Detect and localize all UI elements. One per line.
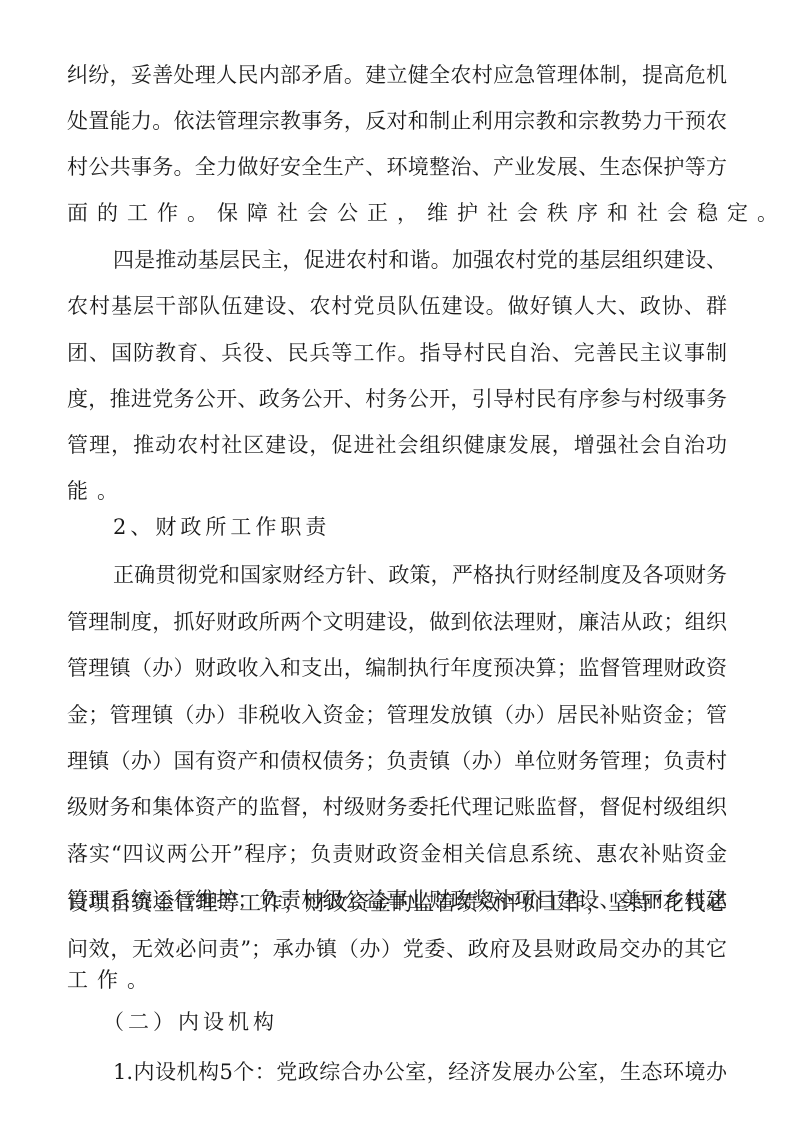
paragraph-line: 管理，推动农村社区建设，促进社会组织健康发展，增强社会自治功 [67,430,727,460]
paragraph-line: 纠纷，妥善处理人民内部矛盾。建立健全农村应急管理体制，提高危机 [67,60,727,90]
paragraph-line: 问效，无效必问责”；承办镇（办）党委、政府及县财政局交办的其它 [67,934,727,964]
paragraph-line: 处置能力。依法管理宗教事务，反对和制止利用宗教和宗教势力干预农 [67,106,727,136]
paragraph-line: 农村基层干部队伍建设、农村党员队伍建设。做好镇人大、政协、群 [67,291,727,321]
paragraph-line: 理镇（办）国有资产和债权债务；负责镇（办）单位财务管理；负责村 [67,746,727,776]
paragraph-line: 能。 [67,476,727,506]
paragraph-line: 团、国防教育、兵役、民兵等工作。指导村民自治、完善民主议事制 [67,338,727,368]
paragraph-line: 管理镇（办）财政收入和支出，编制执行年度预决算；监督管理财政资 [67,653,727,683]
paragraph-line: 设项目资金管理等工作；财政资金的监管绩效评价工作，坚持“花钱必 [67,888,727,918]
paragraph-line: 工作。 [67,965,727,995]
paragraph-line: 村公共事务。全力做好安全生产、环境整治、产业发展、生态保护等方 [67,152,727,182]
paragraph-line: 正确贯彻党和国家财经方针、政策，严格执行财经制度及各项财务 [113,560,727,590]
paragraph-line: 1.内设机构5个：党政综合办公室，经济发展办公室，生态环境办 [113,1057,727,1087]
paragraph-line: 管理制度，抓好财政所两个文明建设，做到依法理财，廉洁从政；组织 [67,607,727,637]
section-heading: 2、财政所工作职责 [113,512,727,542]
paragraph-line: 金；管理镇（办）非税收入资金；管理发放镇（办）居民补贴资金；管 [67,700,727,730]
paragraph-line: 落实“四议两公开”程序；负责财政资金相关信息系统、惠农补贴资金 [67,839,727,869]
paragraph-line: 四是推动基层民主，促进农村和谐。加强农村党的基层组织建设、 [113,245,727,275]
paragraph-line: 面的工作。保障社会公正，维护社会秩序和社会稳定。 [67,198,727,228]
paragraph-line: 度，推进党务公开、政务公开、村务公开，引导村民有序参与村级事务 [67,384,727,414]
paragraph-line: 级财务和集体资产的监督，村级财务委托代理记账监督，督促村级组织 [67,792,727,822]
section-heading: （二）内设机构 [103,1007,727,1037]
